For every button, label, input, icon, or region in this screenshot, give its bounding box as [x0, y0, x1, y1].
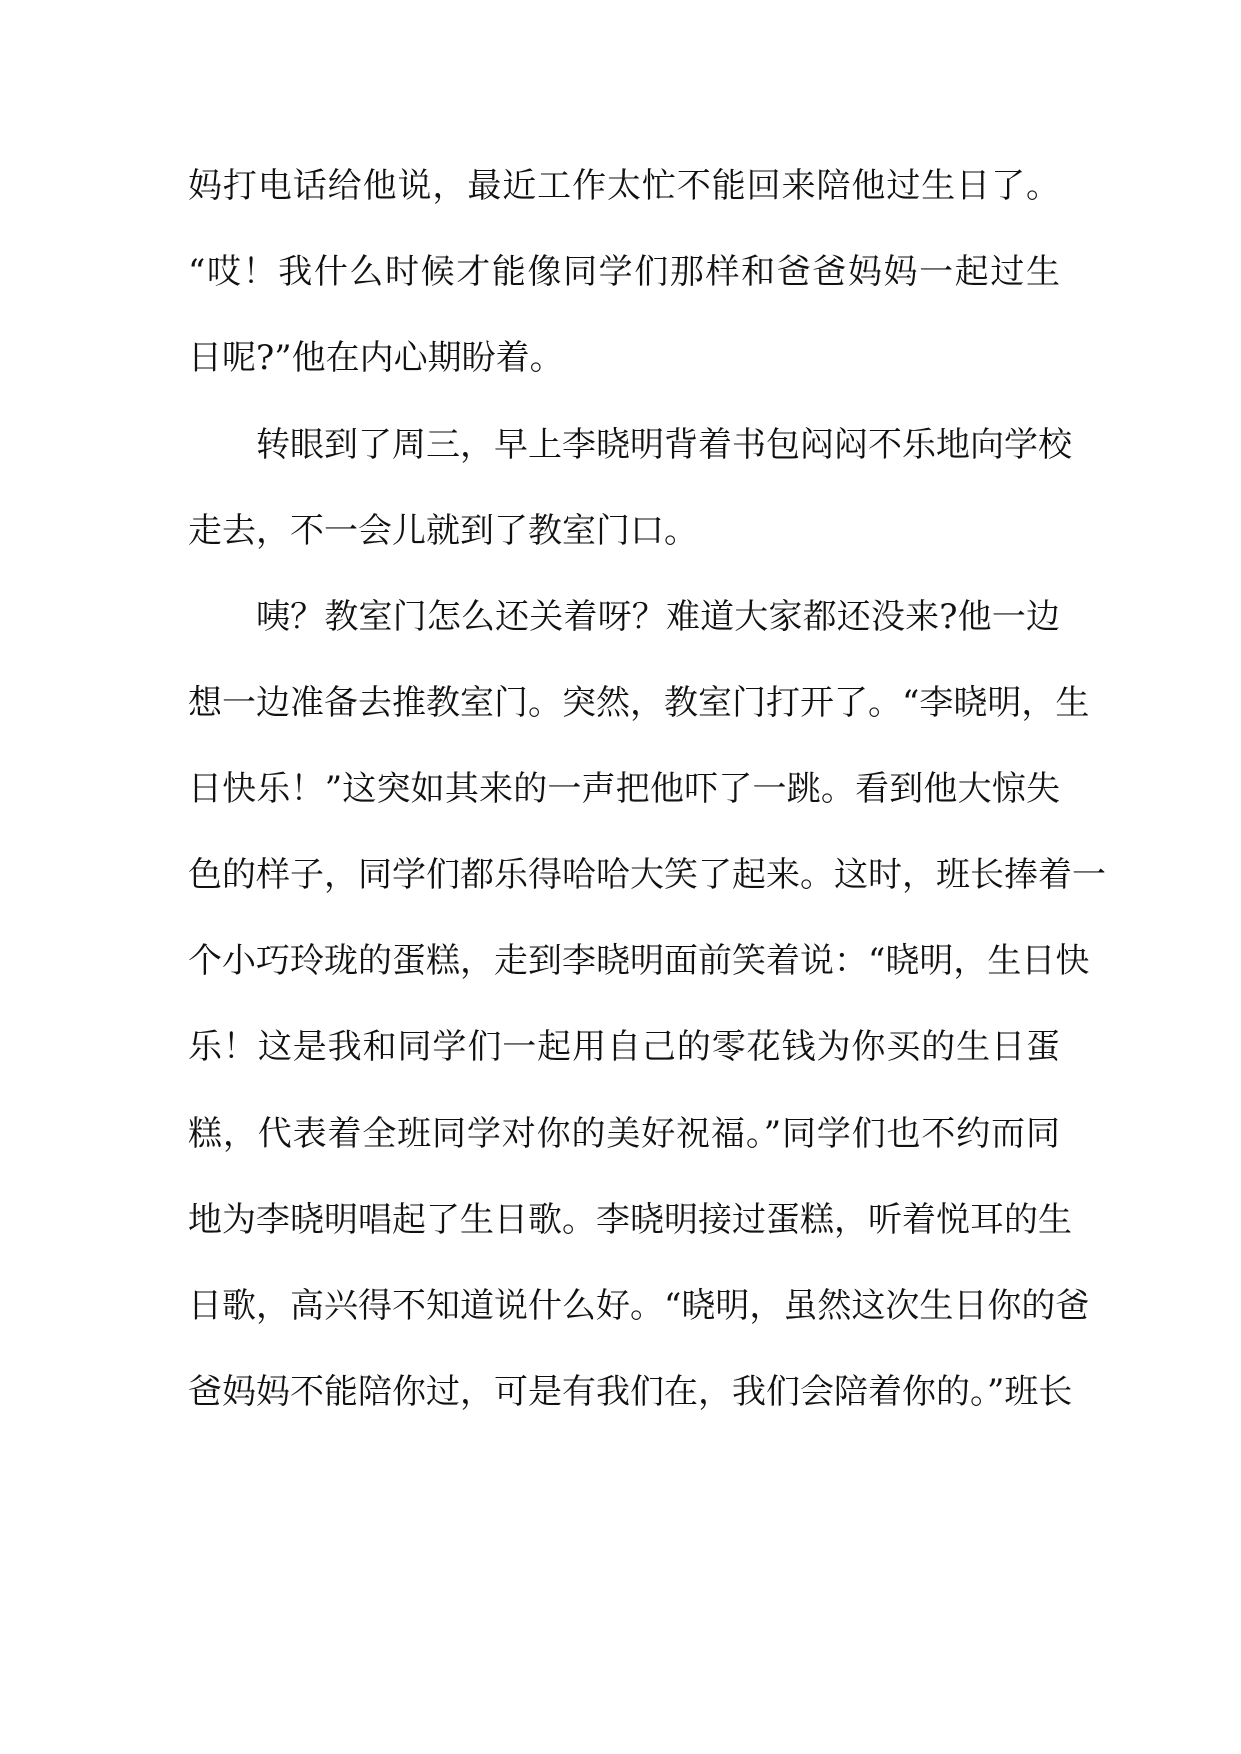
paragraph-start-line: 转眼到了周三，早上李晓明背着书包闷闷不乐地向学校 [256, 419, 1060, 471]
text-line: 个小巧玲珑的蛋糕，走到李晓明面前笑着说：“晓明，生日快 [188, 935, 1060, 987]
text-line: 爸妈妈不能陪你过，可是有我们在，我们会陪着你的。”班长 [188, 1366, 1060, 1418]
paragraph-start-line: 咦？教室门怎么还关着呀？难道大家都还没来?他一边 [256, 591, 1060, 643]
text-line: 糕，代表着全班同学对你的美好祝福。”同学们也不约而同 [188, 1108, 1060, 1160]
text-line: 想一边准备去推教室门。突然，教室门打开了。“李晓明，生 [188, 677, 1060, 729]
text-line: 妈打电话给他说，最近工作太忙不能回来陪他过生日了。 [188, 160, 1060, 212]
text-line: 乐！这是我和同学们一起用自己的零花钱为你买的生日蛋 [188, 1021, 1060, 1073]
text-line: 色的样子，同学们都乐得哈哈大笑了起来。这时，班长捧着一 [188, 849, 1060, 901]
text-line: “哎！我什么时候才能像同学们那样和爸爸妈妈一起过生 [188, 246, 1060, 298]
text-line: 走去，不一会儿就到了教室门口。 [188, 505, 698, 557]
text-line: 日呢?”他在内心期盼着。 [188, 332, 564, 384]
text-line: 日歌，高兴得不知道说什么好。“晓明，虽然这次生日你的爸 [188, 1280, 1060, 1332]
text-line: 日快乐！”这突如其来的一声把他吓了一跳。看到他大惊失 [188, 763, 1060, 815]
text-line: 地为李晓明唱起了生日歌。李晓明接过蛋糕，听着悦耳的生 [188, 1194, 1060, 1246]
document-page: 妈打电话给他说，最近工作太忙不能回来陪他过生日了。 “哎！我什么时候才能像同学们… [0, 0, 1241, 1754]
